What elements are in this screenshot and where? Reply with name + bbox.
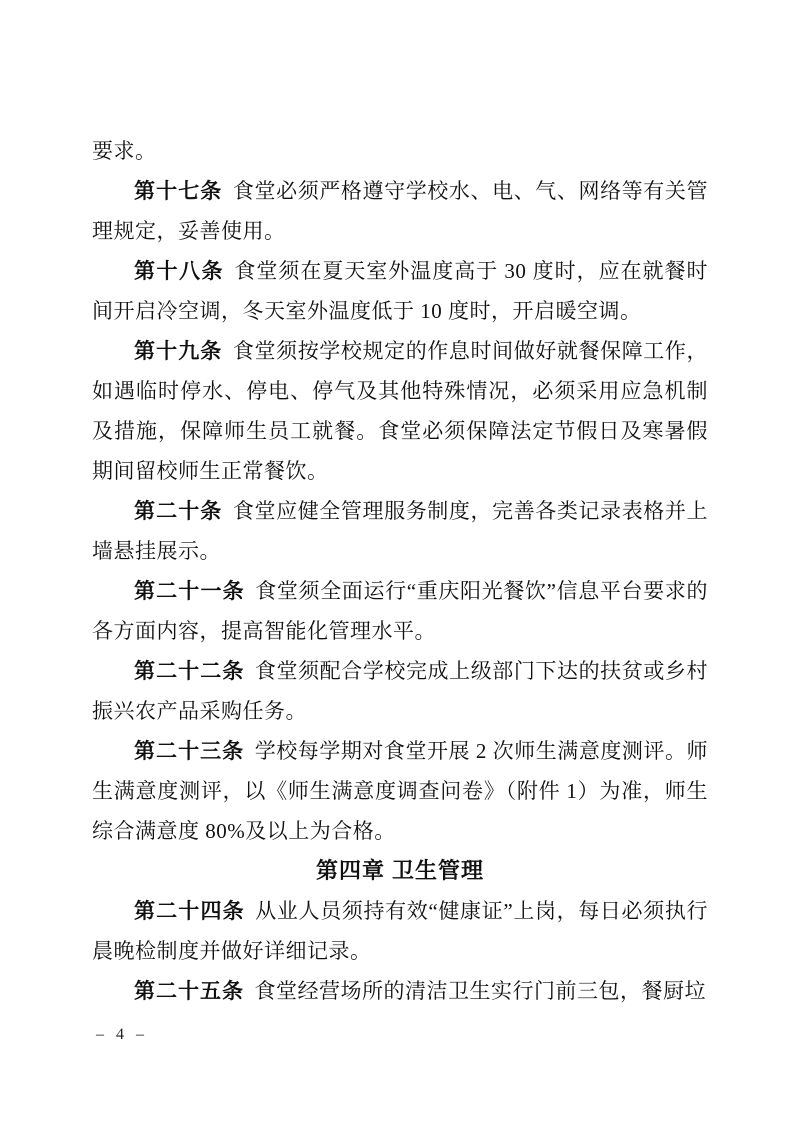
article-number: 第二十条 (134, 499, 222, 523)
article-paragraph-25: 第二十五条食堂经营场所的清洁卫生实行门前三包，餐厨垃 (92, 971, 708, 1011)
article-paragraph-22: 第二十二条食堂须配合学校完成上级部门下达的扶贫或乡村振兴农产品采购任务。 (92, 651, 708, 731)
article-number: 第二十一条 (134, 579, 245, 603)
article-paragraph-23: 第二十三条学校每学期对食堂开展 2 次师生满意度测评。师生满意度测评，以《师生满… (92, 731, 708, 851)
chapter-heading: 第四章 卫生管理 (92, 851, 708, 891)
article-paragraph-19: 第十九条食堂须按学校规定的作息时间做好就餐保障工作，如遇临时停水、停电、停气及其… (92, 331, 708, 491)
article-number: 第二十三条 (134, 739, 244, 763)
article-number: 第二十四条 (134, 899, 245, 923)
page-number: – 4 – (96, 1026, 148, 1044)
article-text: 食堂经营场所的清洁卫生实行门前三包，餐厨垃 (255, 979, 707, 1003)
article-number: 第二十五条 (134, 979, 244, 1003)
article-number: 第二十二条 (134, 659, 244, 683)
article-paragraph-24: 第二十四条从业人员须持有效“健康证”上岗，每日必须执行晨晚检制度并做好详细记录。 (92, 891, 708, 971)
document-body: 要求。 第十七条食堂必须严格遵守学校水、电、气、网络等有关管理规定，妥善使用。 … (92, 131, 708, 1011)
article-paragraph-18: 第十八条食堂须在夏天室外温度高于 30 度时，应在就餐时间开启冷空调，冬天室外温… (92, 251, 708, 331)
article-number: 第十八条 (134, 259, 224, 283)
article-paragraph-20: 第二十条食堂应健全管理服务制度，完善各类记录表格并上墙悬挂展示。 (92, 491, 708, 571)
article-number: 第十七条 (134, 179, 222, 203)
article-paragraph-21: 第二十一条食堂须全面运行“重庆阳光餐饮”信息平台要求的各方面内容，提高智能化管理… (92, 571, 708, 651)
article-paragraph-17: 第十七条食堂必须严格遵守学校水、电、气、网络等有关管理规定，妥善使用。 (92, 171, 708, 251)
document-page: 要求。 第十七条食堂必须严格遵守学校水、电、气、网络等有关管理规定，妥善使用。 … (0, 0, 793, 1122)
article-number: 第十九条 (134, 339, 222, 363)
paragraph-continuation: 要求。 (92, 131, 708, 171)
